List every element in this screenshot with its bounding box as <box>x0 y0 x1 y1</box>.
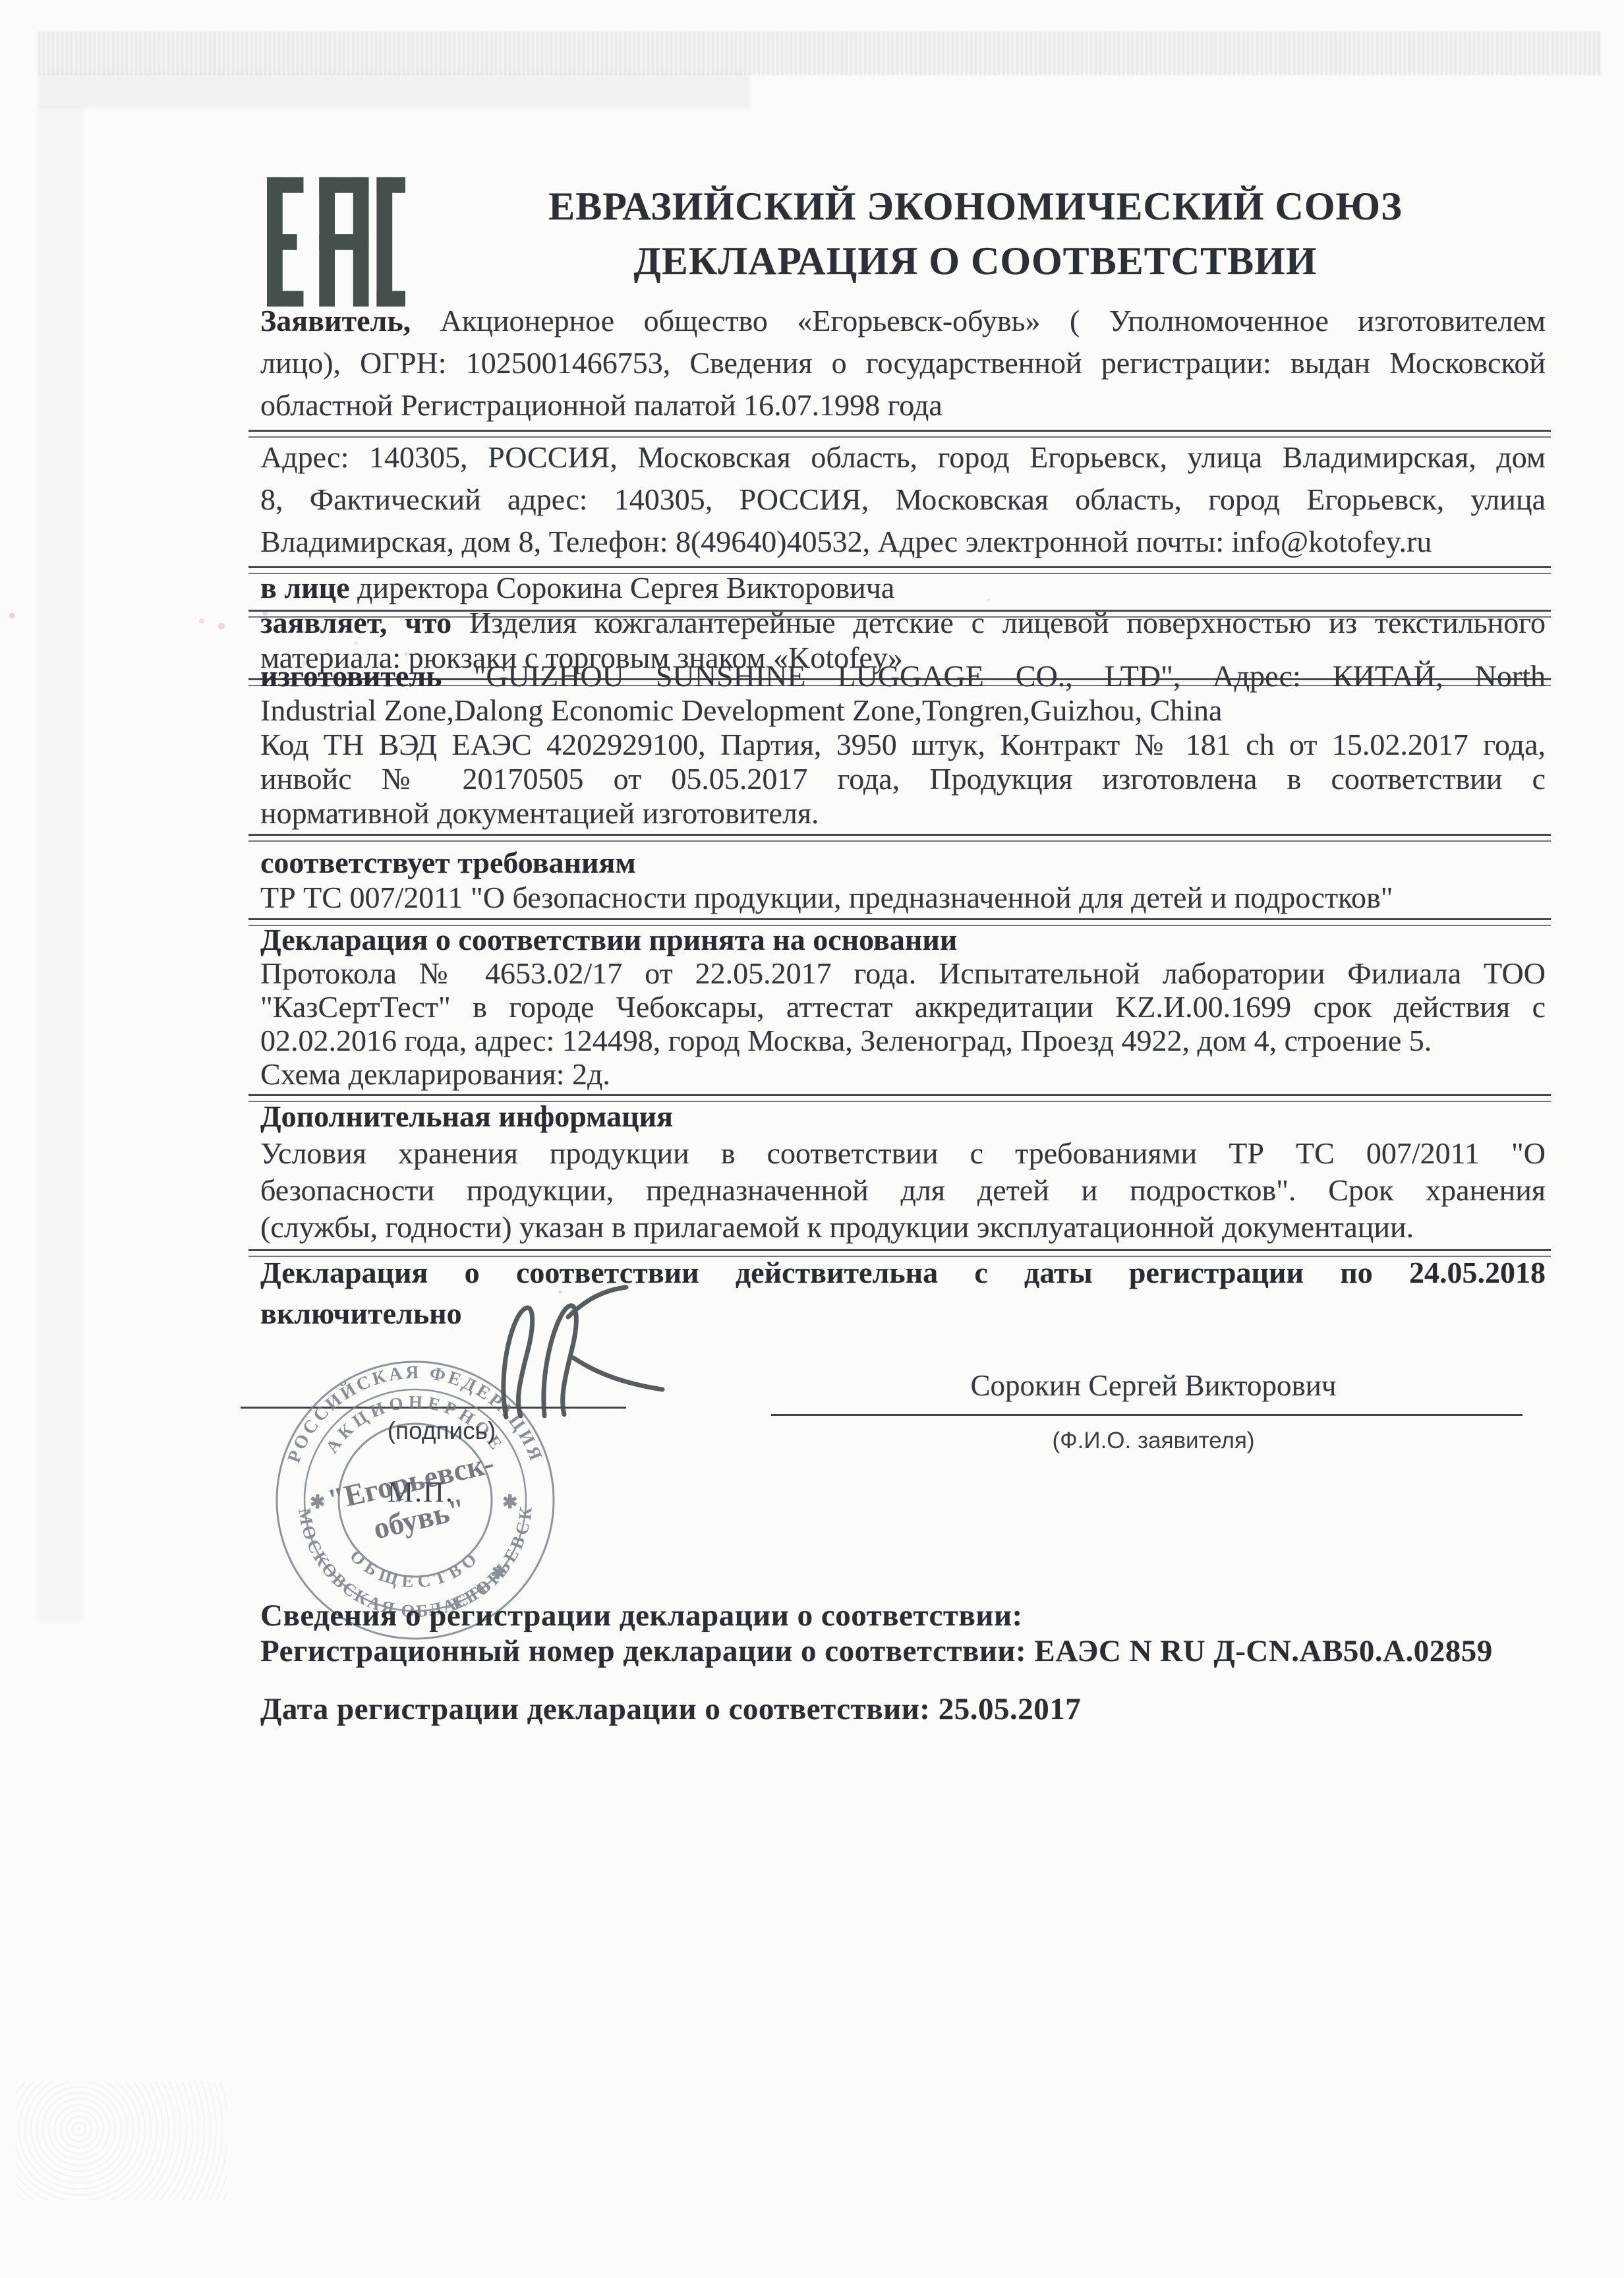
text-line: (службы, годности) указан в прилагаемой … <box>260 1209 1546 1246</box>
text-line: Industrial Zone,Dalong Economic Developm… <box>260 693 1546 728</box>
svg-text:✱: ✱ <box>310 1492 325 1513</box>
text-line: Дополнительная информация <box>260 1098 1546 1135</box>
handwritten-signature <box>461 1282 685 1424</box>
registration-date-label: Дата регистрации декларации о соответств… <box>260 1692 930 1726</box>
text-line: лицо), ОГРН: 1025001466753, Сведения о г… <box>260 342 1546 384</box>
text-line: изготовитель "GUIZHOU SUNSHINE LUGGAGE C… <box>260 659 1546 693</box>
applicant-full-name: Сорокин Сергей Викторович <box>923 1368 1384 1403</box>
text-line: в лице директора Сорокина Сергея Викторо… <box>260 569 1546 606</box>
text-line: безопасности продукции, предназначенной … <box>260 1172 1546 1209</box>
document-title: ЕВРАЗИЙСКИЙ ЭКОНОМИЧЕСКИЙ СОЮЗ ДЕКЛАРАЦИ… <box>435 179 1516 289</box>
scan-left-shadow <box>37 105 83 1621</box>
text-line: "КазСертТест" в городе Чебоксары, аттест… <box>260 990 1546 1024</box>
text-line: Код ТН ВЭД ЕАЭС 4202929100, Партия, 3950… <box>260 728 1546 762</box>
text-line: соответствует требованиям <box>260 845 1546 880</box>
text-line: Заявитель, Акционерное общество «Егорьев… <box>260 300 1546 342</box>
text-line: 02.02.2016 года, адрес: 124498, город Мо… <box>260 1024 1546 1057</box>
declaration-document-page: ЕВРАЗИЙСКИЙ ЭКОНОМИЧЕСКИЙ СОЮЗ ДЕКЛАРАЦИ… <box>0 0 1624 2278</box>
registration-info-heading: Сведения о регистрации декларации о соот… <box>260 1598 1023 1633</box>
title-line-declaration: ДЕКЛАРАЦИЯ О СООТВЕТСТВИИ <box>435 234 1516 289</box>
text-line: областной Регистрационной палатой 16.07.… <box>260 384 1546 426</box>
applicant-name-line <box>771 1414 1522 1416</box>
text-line: Адрес: 140305, РОССИЯ, Московская област… <box>260 436 1546 479</box>
text-line: заявляет, что Изделия кожгалантерейные д… <box>260 605 1546 640</box>
text-line: Декларация о соответствии действительна … <box>260 1252 1546 1293</box>
text-line: Владимирская, дом 8, Телефон: 8(49640)40… <box>260 521 1546 563</box>
signature-caption: (подпись) <box>313 1417 570 1445</box>
svg-text:ОБЩЕСТВО: ОБЩЕСТВО <box>346 1546 484 1591</box>
text-line: Схема декларирования: 2д. <box>260 1057 1546 1091</box>
section-additional-info: Дополнительная информацияУсловия хранени… <box>260 1098 1546 1257</box>
title-line-union: ЕВРАЗИЙСКИЙ ЭКОНОМИЧЕСКИЙ СОЮЗ <box>435 179 1516 234</box>
text-line: Декларация о соответствии принята на осн… <box>260 923 1546 956</box>
section-complies: соответствует требованиямТР ТС 007/2011 … <box>260 845 1546 926</box>
section-applicant: Заявитель, Акционерное общество «Егорьев… <box>260 300 1546 438</box>
text-line: Протокола № 4653.02/17 от 22.05.2017 год… <box>260 956 1546 990</box>
registration-number-line: Регистрационный номер декларации о соотв… <box>260 1633 1493 1669</box>
pink-ink-specks <box>9 613 14 618</box>
section-divider <box>248 834 1551 842</box>
applicant-name-caption: (Ф.И.О. заявителя) <box>1018 1428 1289 1454</box>
section-address: Адрес: 140305, РОССИЯ, Московская област… <box>260 436 1546 574</box>
eac-logo-icon <box>267 177 405 307</box>
scan-noise-patch <box>16 2082 227 2200</box>
section-validity: Декларация о соответствии действительна … <box>260 1252 1546 1334</box>
scan-shadow-band-secondary <box>38 74 750 108</box>
scan-shadow-band <box>38 32 1602 75</box>
text-line: ТР ТС 007/2011 "О безопасности продукции… <box>260 880 1546 915</box>
registration-number-value: ЕАЭС N RU Д-CN.АВ50.А.02859 <box>1026 1634 1493 1668</box>
text-line: 8, Фактический адрес: 140305, РОССИЯ, Мо… <box>260 479 1546 521</box>
section-manufacturer: изготовитель "GUIZHOU SUNSHINE LUGGAGE C… <box>260 659 1546 842</box>
registration-number-label: Регистрационный номер декларации о соотв… <box>260 1634 1026 1668</box>
registration-date-value: 25.05.2017 <box>930 1692 1081 1726</box>
text-line: инвойс № 20170505 от 05.05.2017 года, Пр… <box>260 762 1546 796</box>
section-basis: Декларация о соответствии принята на осн… <box>260 923 1546 1102</box>
svg-text:✱: ✱ <box>502 1492 517 1513</box>
text-line: включительно <box>260 1293 1546 1334</box>
text-line: нормативной документацией изготовителя. <box>260 796 1546 831</box>
registration-date-line: Дата регистрации декларации о соответств… <box>260 1691 1081 1727</box>
text-line: Условия хранения продукции в соответстви… <box>260 1135 1546 1172</box>
